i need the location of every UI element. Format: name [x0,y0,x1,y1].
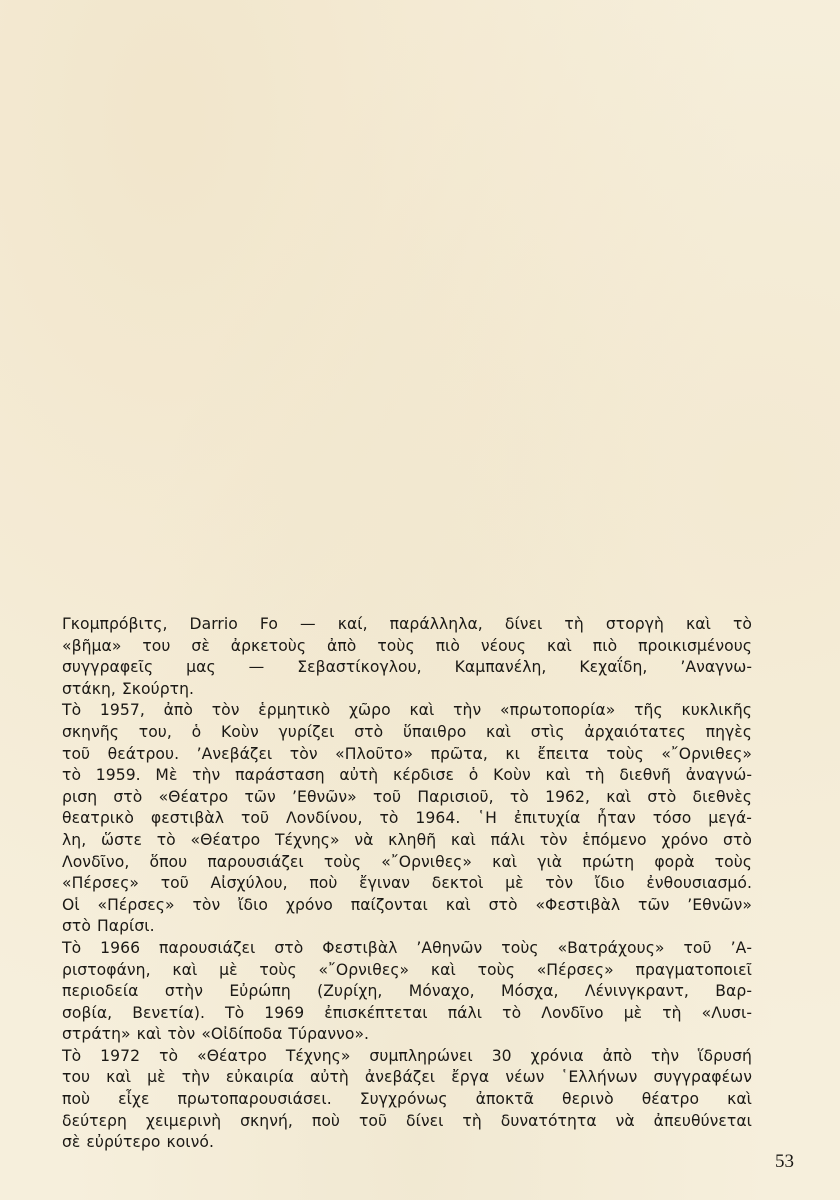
text-line: θεατρικὸ φεστιβὰλ τοῦ Λονδίνου, τὸ 1964.… [62,808,752,830]
text-line: «Πέρσες» τοῦ Αἰσχύλου, ποὺ ἔγιναν δεκτοὶ… [62,873,752,895]
text-line: Τὸ 1972 τὸ «Θέατρο Τέχνης» συμπληρώνει 3… [62,1046,752,1068]
paragraph-2: Τὸ 1957, ἀπὸ τὸν ἑρμητικὸ χῶρο καὶ τὴν «… [62,700,752,938]
text-line: στάκη, Σκούρτη. [62,679,752,701]
text-line: τοῦ θεάτρου. ’Ανεβάζει τὸν «Πλοῦτο» πρῶτ… [62,744,752,766]
text-line: σκηνῆς του, ὁ Κοὺν γυρίζει στὸ ὕπαιθρο κ… [62,722,752,744]
paragraph-1: Γκομπρόβιτς, Darrio Fo — καί, παράλληλα,… [62,614,752,700]
book-page: Γκομπρόβιτς, Darrio Fo — καί, παράλληλα,… [0,0,840,1200]
text-line: σὲ εὐρύτερο κοινό. [62,1132,752,1154]
text-line: λη, ὥστε τὸ «Θέατρο Τέχνης» νὰ κληθῆ καὶ… [62,830,752,852]
paragraph-4: Τὸ 1972 τὸ «Θέατρο Τέχνης» συμπληρώνει 3… [62,1046,752,1154]
text-line: του καὶ μὲ τὴν εὐκαιρία αὐτὴ ἀνεβάζει ἔρ… [62,1067,752,1089]
text-line: δεύτερη χειμερινὴ σκηνή, ποὺ τοῦ δίνει τ… [62,1111,752,1133]
text-line: σοβία, Βενετία). Τὸ 1969 ἐπισκέπτεται πά… [62,1003,752,1025]
text-line: Τὸ 1957, ἀπὸ τὸν ἑρμητικὸ χῶρο καὶ τὴν «… [62,700,752,722]
text-line: Γκομπρόβιτς, Darrio Fo — καί, παράλληλα,… [62,614,752,636]
text-line: συγγραφεῖς μας — Σεβαστίκογλου, Καμπανέλ… [62,657,752,679]
text-line: στὸ Παρίσι. [62,916,752,938]
text-line: Οἱ «Πέρσες» τὸν ἴδιο χρόνο παίζονται καὶ… [62,895,752,917]
text-line: ριση στὸ «Θέατρο τῶν ’Εθνῶν» τοῦ Παρισιο… [62,787,752,809]
text-line: «βῆμα» του σὲ ἀρκετοὺς ἀπὸ τοὺς πιὸ νέου… [62,636,752,658]
page-number: 53 [775,1151,794,1173]
text-line: ριστοφάνη, καὶ μὲ τοὺς «῎Ορνιθες» καὶ το… [62,960,752,982]
text-line: ποὺ εἶχε πρωτοπαρουσιάσει. Συγχρόνως ἀπο… [62,1089,752,1111]
text-line: στράτη» καὶ τὸν «Οἰδίποδα Τύραννο». [62,1024,752,1046]
text-line: τὸ 1959. Μὲ τὴν παράσταση αὐτὴ κέρδισε ὁ… [62,765,752,787]
body-text: Γκομπρόβιτς, Darrio Fo — καί, παράλληλα,… [62,614,752,1154]
text-line: περιοδεία στὴν Εὐρώπη (Ζυρίχη, Μόναχο, Μ… [62,981,752,1003]
text-line: Τὸ 1966 παρουσιάζει στὸ Φεστιβὰλ ’Αθηνῶν… [62,938,752,960]
paragraph-3: Τὸ 1966 παρουσιάζει στὸ Φεστιβὰλ ’Αθηνῶν… [62,938,752,1046]
text-line: Λονδῖνο, ὅπου παρουσιάζει τοὺς «῎Ορνιθες… [62,852,752,874]
